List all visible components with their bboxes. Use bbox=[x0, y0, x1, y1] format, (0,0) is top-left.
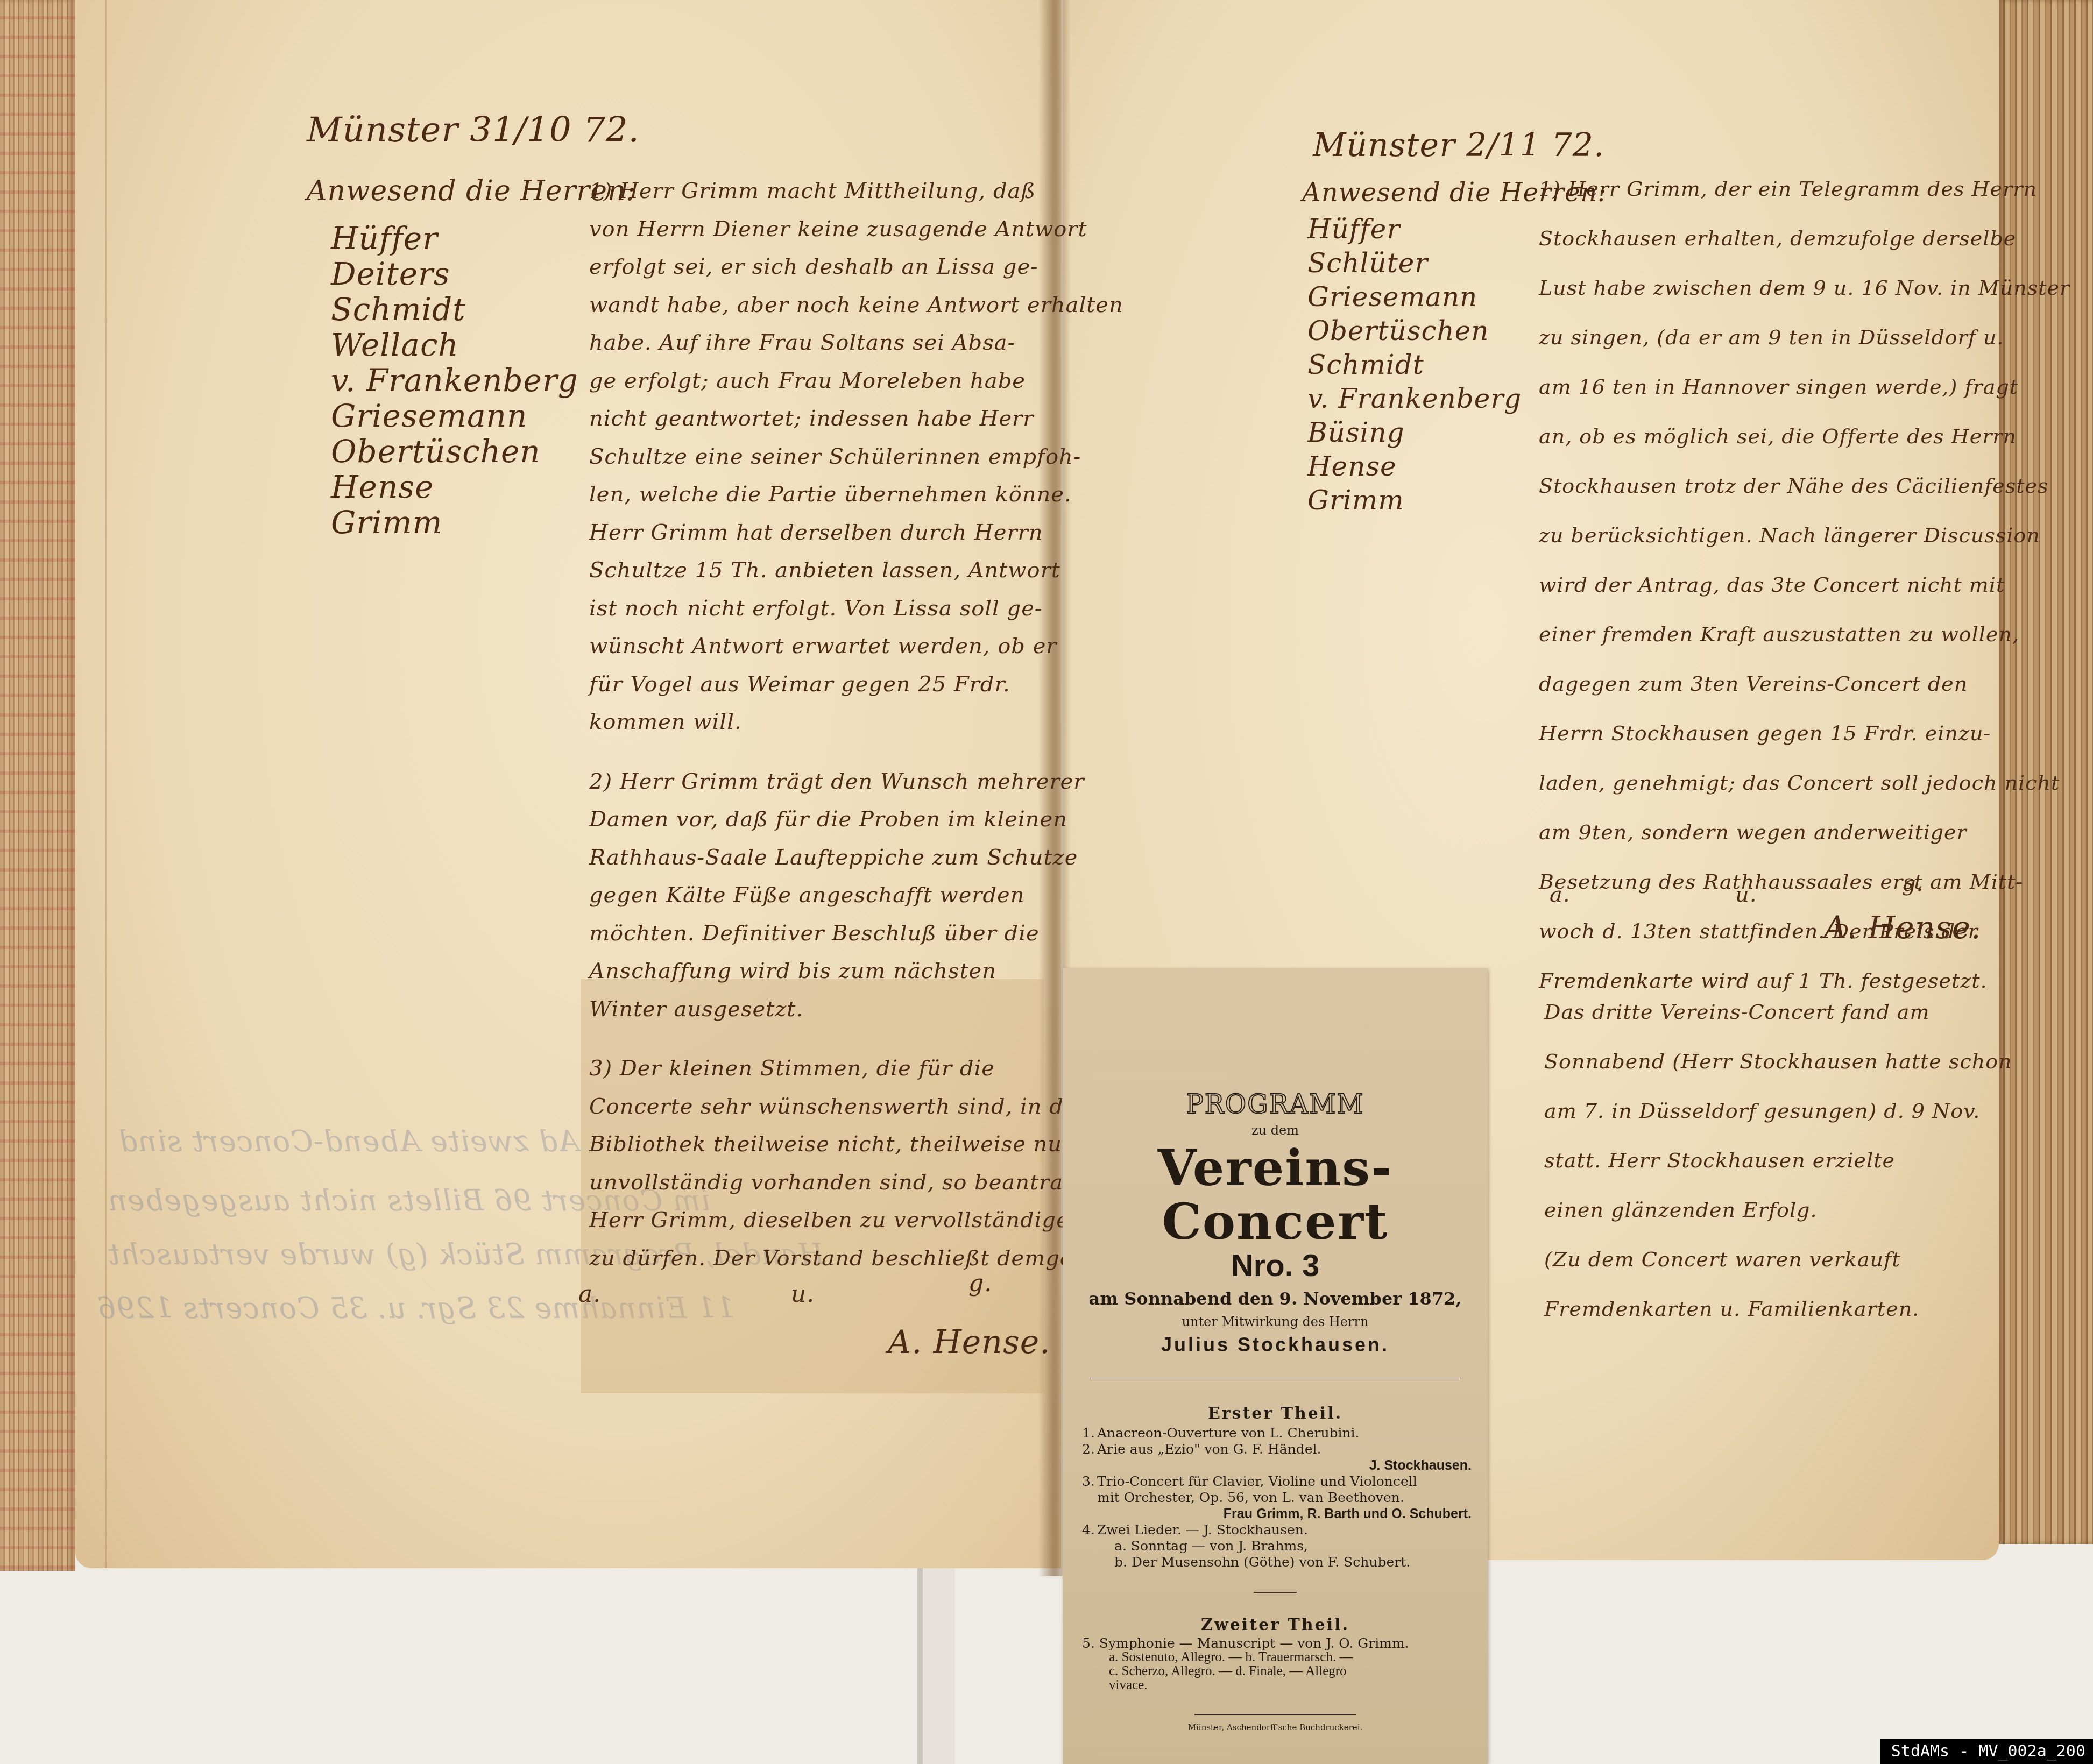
left-attendance-label: Anwesend die Herren: bbox=[307, 175, 636, 207]
minutes-line: am 9ten, sondern wegen anderweitiger bbox=[1539, 807, 2002, 857]
movement-line: c. Scherzo, Allegro. — d. Finale, — Alle… bbox=[1082, 1664, 1472, 1678]
attendee: Deiters bbox=[331, 256, 578, 292]
sign-mark: g. bbox=[968, 1270, 992, 1297]
minutes-line: möchten. Definitiver Beschluß über die bbox=[589, 915, 1036, 953]
minutes-line: dagegen zum 3ten Vereins-Concert den bbox=[1539, 659, 2002, 709]
minutes-line: len, welche die Partie übernehmen könne. bbox=[589, 476, 1036, 514]
left-attendee-list: Hüffer Deiters Schmidt Wellach v. Franke… bbox=[331, 221, 578, 540]
book-stand bbox=[917, 1568, 955, 1764]
minutes-line: 1) Herr Grimm, der ein Telegramm des Her… bbox=[1539, 164, 2002, 214]
minutes-line: 2) Herr Grimm trägt den Wunsch mehrerer bbox=[589, 763, 1036, 801]
printer-imprint: Münster, Aschendorff'sche Buchdruckerei. bbox=[1063, 1723, 1488, 1732]
performer: Frau Grimm, R. Barth und O. Schubert. bbox=[1082, 1506, 1472, 1522]
minutes-line: wandt habe, aber noch keine Antwort erha… bbox=[589, 286, 1036, 324]
part-one-items: 1.Anacreon-Ouverture von L. Cherubini. 2… bbox=[1063, 1423, 1488, 1570]
programme-number: Nro. 3 bbox=[1063, 1249, 1488, 1283]
attendee: Hense bbox=[331, 469, 578, 505]
minutes-line: unvollständig vorhanden sind, so beantra… bbox=[589, 1164, 1036, 1202]
sign-mark: a. bbox=[1550, 882, 1571, 907]
part-two-heading: Zweiter Theil. bbox=[1063, 1616, 1488, 1634]
programme-item: 3.Trio-Concert für Clavier, Violine und … bbox=[1082, 1473, 1472, 1522]
programme-artist: Julius Stockhausen. bbox=[1063, 1334, 1488, 1356]
left-page-heading: Münster 31/10 72. bbox=[307, 110, 640, 150]
right-attendee-list: Hüffer Schlüter Griesemann Obertüschen S… bbox=[1307, 212, 1522, 518]
divider bbox=[1194, 1714, 1356, 1715]
minutes-line: Herr Grimm hat derselben durch Herrn bbox=[589, 514, 1036, 552]
programme-item: 4.Zwei Lieder. — J. Stockhausen. a. Sonn… bbox=[1082, 1522, 1472, 1570]
part-two-items: 5. Symphonie — Manuscript — von J. O. Gr… bbox=[1063, 1634, 1488, 1692]
minutes-line: Lust habe zwischen dem 9 u. 16 Nov. in M… bbox=[1539, 263, 2002, 313]
minutes-line: Rathhaus-Saale Laufteppiche zum Schutze bbox=[589, 839, 1036, 877]
minutes-line: gegen Kälte Füße angeschafft werden bbox=[589, 876, 1036, 915]
minutes-line: von Herrn Diener keine zusagende Antwort bbox=[589, 210, 1036, 249]
programme-item: 2.Arie aus „Ezio" von G. F. Händel. J. S… bbox=[1082, 1441, 1472, 1473]
programme-subtitle: zu dem bbox=[1063, 1123, 1488, 1138]
movement-line: vivace. bbox=[1082, 1678, 1472, 1692]
attendee: Grimm bbox=[1307, 484, 1522, 518]
attendee: Büsing bbox=[1307, 416, 1522, 450]
right-minutes: 1) Herr Grimm, der ein Telegramm des Her… bbox=[1539, 164, 2002, 1005]
note-line: Fremdenkarten u. Familienkarten. bbox=[1544, 1284, 1996, 1334]
right-page-note: Das dritte Vereins-Concert fand am Sonna… bbox=[1544, 987, 1996, 1334]
minutes-line: 1) Herr Grimm macht Mittheilung, daß bbox=[589, 172, 1036, 210]
divider bbox=[1090, 1378, 1461, 1382]
note-line: statt. Herr Stockhausen erzielte bbox=[1544, 1136, 1996, 1185]
minutes-line: Damen vor, daß für die Proben im kleinen bbox=[589, 800, 1036, 839]
minutes-line: habe. Auf ihre Frau Soltans sei Absa- bbox=[589, 324, 1036, 362]
minutes-line: Schultze eine seiner Schülerinnen empfoh… bbox=[589, 438, 1036, 476]
concert-programme: PROGRAMM zu dem Vereins-Concert Nro. 3 a… bbox=[1063, 968, 1488, 1764]
sign-mark: g. bbox=[1902, 872, 1924, 896]
note-line: (Zu dem Concert waren verkauft bbox=[1544, 1235, 1996, 1284]
minutes-line: zu singen, (da er am 9 ten in Düsseldorf… bbox=[1539, 313, 2002, 362]
minutes-line: laden, genehmigt; das Concert soll jedoc… bbox=[1539, 758, 2002, 807]
minutes-line: ge erfolgt; auch Frau Moreleben habe bbox=[589, 362, 1036, 400]
attendee: Hüffer bbox=[1307, 212, 1522, 246]
programme-title: PROGRAMM bbox=[1063, 1089, 1488, 1120]
right-page-heading: Münster 2/11 72. bbox=[1313, 126, 1604, 164]
attendee: Grimm bbox=[331, 505, 578, 540]
attendee: Hüffer bbox=[331, 221, 578, 256]
minutes-line: wünscht Antwort erwartet werden, ob er bbox=[589, 627, 1036, 665]
part-one-heading: Erster Theil. bbox=[1063, 1404, 1488, 1423]
secretary-signature: A. Hense. bbox=[1824, 909, 1982, 946]
minutes-line: zu berücksichtigen. Nach längerer Discus… bbox=[1539, 511, 2002, 560]
minutes-line: Herrn Stockhausen gegen 15 Frdr. einzu- bbox=[1539, 709, 2002, 758]
sign-mark: u. bbox=[1735, 882, 1757, 907]
minutes-line: an, ob es möglich sei, die Offerte des H… bbox=[1539, 412, 2002, 461]
minutes-line: Stockhausen erhalten, demzufolge derselb… bbox=[1539, 214, 2002, 263]
attendee: Obertüschen bbox=[1307, 314, 1522, 348]
minutes-line: am 16 ten in Hannover singen werde,) fra… bbox=[1539, 362, 2002, 412]
programme-item: 1.Anacreon-Ouverture von L. Cherubini. bbox=[1082, 1425, 1472, 1441]
sign-mark: u. bbox=[791, 1280, 815, 1308]
minutes-line: Anschaffung wird bis zum nächsten bbox=[589, 952, 1036, 990]
programme-event: Vereins-Concert bbox=[1063, 1141, 1488, 1249]
programme-item: 5. Symphonie — Manuscript — von J. O. Gr… bbox=[1082, 1637, 1472, 1650]
note-line: einen glänzenden Erfolg. bbox=[1544, 1185, 1996, 1235]
attendee: v. Frankenberg bbox=[1307, 382, 1522, 416]
attendee: Hense bbox=[1307, 450, 1522, 484]
minutes-line: Concerte sehr wünschenswerth sind, in de… bbox=[589, 1088, 1036, 1126]
attendee: Obertüschen bbox=[331, 434, 578, 469]
left-minutes: 1) Herr Grimm macht Mittheilung, daß von… bbox=[589, 172, 1036, 1277]
archive-label: StdAMs - MV_002a_200 bbox=[1880, 1739, 2093, 1764]
attendee: v. Frankenberg bbox=[331, 363, 578, 398]
minutes-line: einer fremden Kraft auszustatten zu woll… bbox=[1539, 610, 2002, 659]
sign-mark: a. bbox=[578, 1280, 601, 1308]
bleed-through-line: Ad zweite Abend-Concert sind bbox=[118, 1124, 579, 1158]
divider bbox=[1254, 1592, 1297, 1593]
minutes-line: erfolgt sei, er sich deshalb an Lissa ge… bbox=[589, 248, 1036, 286]
note-line: am 7. in Düsseldorf gesungen) d. 9 Nov. bbox=[1544, 1086, 1996, 1136]
left-page-stack-edge bbox=[0, 0, 75, 1571]
minutes-line: für Vogel aus Weimar gegen 25 Frdr. bbox=[589, 665, 1036, 704]
minutes-line: kommen will. bbox=[589, 703, 1036, 741]
attendee: Griesemann bbox=[1307, 280, 1522, 314]
attendee: Schmidt bbox=[1307, 348, 1522, 382]
note-line: Das dritte Vereins-Concert fand am bbox=[1544, 987, 1996, 1037]
minutes-line: ist noch nicht erfolgt. Von Lissa soll g… bbox=[589, 590, 1036, 628]
attendee: Wellach bbox=[331, 327, 578, 363]
attendee: Schmidt bbox=[331, 292, 578, 327]
minutes-line: Schultze 15 Th. anbieten lassen, Antwort bbox=[589, 551, 1036, 590]
secretary-signature: A. Hense. bbox=[888, 1323, 1050, 1361]
minutes-line: nicht geantwortet; indessen habe Herr bbox=[589, 400, 1036, 438]
minutes-line: wird der Antrag, das 3te Concert nicht m… bbox=[1539, 560, 2002, 610]
minutes-line: Stockhausen trotz der Nähe des Cäcilienf… bbox=[1539, 461, 2002, 511]
minutes-line: 3) Der kleinen Stimmen, die für die bbox=[589, 1050, 1036, 1088]
performer: J. Stockhausen. bbox=[1082, 1457, 1472, 1473]
note-line: Sonnabend (Herr Stockhausen hatte schon bbox=[1544, 1037, 1996, 1086]
programme-date: am Sonnabend den 9. November 1872, bbox=[1063, 1288, 1488, 1309]
minutes-line: Winter ausgesetzt. bbox=[589, 990, 1036, 1029]
attendee: Griesemann bbox=[331, 398, 578, 434]
minutes-line: Bibliothek theilweise nicht, theilweise … bbox=[589, 1125, 1036, 1164]
minutes-line: Herr Grimm, dieselben zu vervollständige… bbox=[589, 1201, 1036, 1239]
programme-assist: unter Mitwirkung des Herrn bbox=[1063, 1314, 1488, 1329]
movement-line: a. Sostenuto, Allegro. — b. Trauermarsch… bbox=[1082, 1650, 1472, 1664]
attendee: Schlüter bbox=[1307, 246, 1522, 280]
minutes-line: Besetzung des Rathhaussaales erst am Mit… bbox=[1539, 857, 2002, 906]
